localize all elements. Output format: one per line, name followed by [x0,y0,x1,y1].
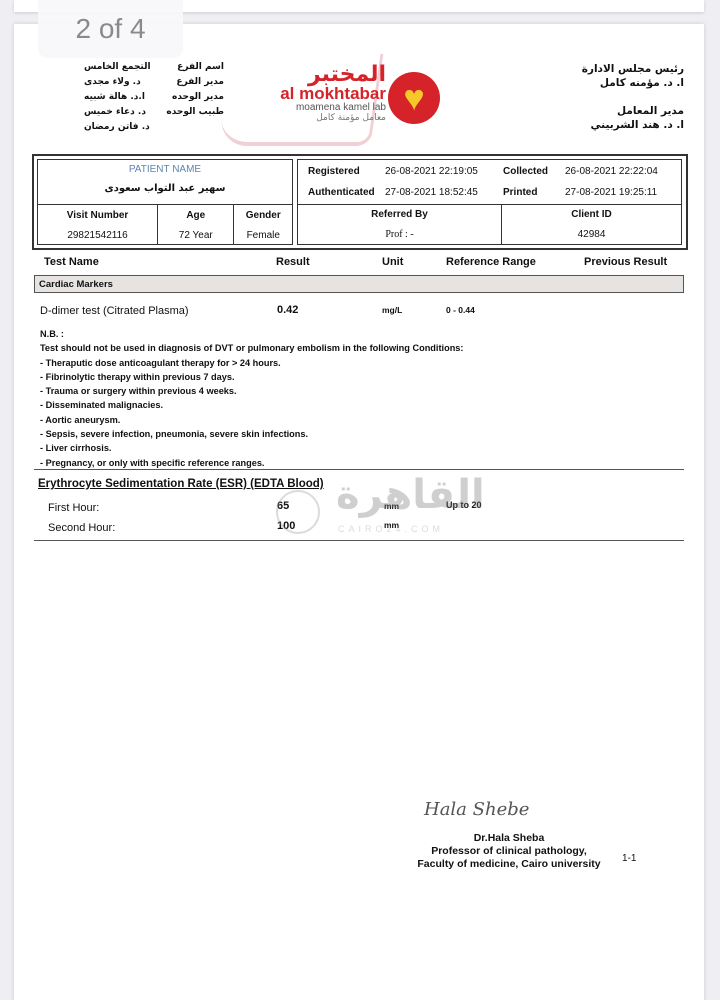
registered-value: 26-08-2021 22:19:05 [385,166,478,177]
unit-manager-value: ا.د. هالة شبيه [84,90,145,105]
section-cardiac-markers: Cardiac Markers [34,275,684,293]
header-unit: Unit [382,256,403,268]
note-line: - Aortic aneurysm. [40,413,463,427]
note-line: Test should not be used in diagnosis of … [40,341,463,355]
patient-name-label: PATIENT NAME [38,164,292,175]
note-line: - Fibrinolytic therapy within previous 7… [40,370,463,384]
esr-first-hour-result: 65 [277,500,289,512]
client-id-cell: Client ID 42984 [502,205,681,244]
collected-value: 26-08-2021 22:22:04 [565,166,658,177]
visit-number: 29821542116 [38,230,157,241]
gender-label: Gender [234,210,292,221]
esr-title: Erythrocyte Sedimentation Rate (ESR) (ED… [38,478,324,490]
gender-value: Female [234,230,292,241]
collected-label: Collected [503,166,548,177]
authenticated-label: Authenticated [308,187,375,198]
printed-value: 27-08-2021 19:25:11 [565,187,657,198]
note-line: - Disseminated malignacies. [40,398,463,412]
esr-second-hour-label: Second Hour: [48,522,115,534]
watermark-arabic: القاهرة [336,472,485,518]
branch-info: اسم الفرعالتجمع الخامس مدير الفرعد. ولاء… [84,60,224,135]
esr-first-hour-label: First Hour: [48,502,99,514]
esr-second-hour-unit: mm [384,520,399,530]
notes-block: N.B. : Test should not be used in diagno… [40,327,463,470]
handwritten-signature: Hala Shebe [424,799,529,820]
branch-value: التجمع الخامس [84,60,151,75]
visit-number-label: Visit Number [38,210,157,221]
page-reference: 1-1 [622,853,636,864]
note-line: - Trauma or surgery within previous 4 we… [40,384,463,398]
signatory-title: Professor of clinical pathology, [394,845,624,858]
dates-box: Registered 26-08-2021 22:19:05 Collected… [297,159,682,245]
unit-doctor2-value: د. فاتن رمضان [84,120,150,135]
age-label: Age [158,210,233,221]
referred-by-value: Prof : - [298,229,501,240]
patient-name: سهير عبد التواب سعودى [38,183,292,194]
note-line: - Sepsis, severe infection, pneumonia, s… [40,427,463,441]
note-line: - Theraputic dose anticoagulant therapy … [40,356,463,370]
note-line: - Liver cirrhosis. [40,441,463,455]
logo-subtitle: moamena kamel lab [276,102,386,113]
signatory-name: Dr.Hala Sheba [394,832,624,845]
logo-subtitle-ar: معامل مؤمنة كامل [276,113,386,123]
patient-box: PATIENT NAME سهير عبد التواب سعودى Visit… [37,159,293,245]
header-reference-range: Reference Range [446,256,536,268]
unit-doctor-label: طبيب الوحده [166,105,224,120]
client-id-value: 42984 [502,229,681,240]
esr-first-hour-unit: mm [384,501,399,511]
authenticated-value: 27-08-2021 18:52:45 [385,187,478,198]
visit-number-cell: Visit Number 29821542116 [38,205,158,245]
test-name: D-dimer test (Citrated Plasma) [40,305,189,317]
section-divider [34,540,684,541]
header-previous-result: Previous Result [584,256,667,268]
note-line: - Pregnancy, or only with specific refer… [40,456,463,470]
chair-name: ا. د. مؤمنه كامل [574,76,684,90]
heart-logo-icon: ♥ [388,72,440,124]
referred-by-label: Referred By [298,209,501,220]
unit-manager-label: مدير الوحده [172,90,224,105]
document-page: اسم الفرعالتجمع الخامس مدير الفرعد. ولاء… [14,24,704,1000]
test-result: 0.42 [277,304,298,316]
page-indicator: 2 of 4 [38,0,183,58]
printed-label: Printed [503,187,537,198]
management-info: رئيس مجلس الادارة ا. د. مؤمنه كامل مدير … [574,62,684,132]
section-divider [34,469,684,470]
branch-manager-label: مدير الفرع [176,75,224,90]
registered-label: Registered [308,166,360,177]
branch-label: اسم الفرع [177,60,224,75]
header-test-name: Test Name [44,256,99,268]
header-result: Result [276,256,310,268]
lab-logo: المختبر al mokhtabar moamena kamel lab م… [276,64,386,123]
age-value: 72 Year [158,230,233,241]
unit-doctor-value: د. دعاء خميس [84,105,146,120]
age-cell: Age 72 Year [158,205,234,245]
signatory-affiliation: Faculty of medicine, Cairo university [394,858,624,871]
test-range: 0 - 0.44 [446,305,475,315]
client-id-label: Client ID [502,209,681,220]
logo-english: al mokhtabar [276,86,386,102]
esr-first-hour-range: Up to 20 [446,500,482,510]
test-unit: mg/L [382,305,402,315]
gender-cell: Gender Female [234,205,292,245]
logo-arabic: المختبر [276,64,386,86]
note-line: N.B. : [40,327,463,341]
lab-director-title: مدير المعامل [574,104,684,118]
referred-by-cell: Referred By Prof : - [298,205,502,244]
branch-manager-value: د. ولاء مجدى [84,75,141,90]
patient-info-box: PATIENT NAME سهير عبد التواب سعودى Visit… [32,154,688,250]
esr-second-hour-result: 100 [277,520,295,532]
lab-director-name: ا. د. هند الشربيني [574,118,684,132]
signatory-block: Dr.Hala Sheba Professor of clinical path… [394,832,624,871]
chair-title: رئيس مجلس الادارة [574,62,684,76]
